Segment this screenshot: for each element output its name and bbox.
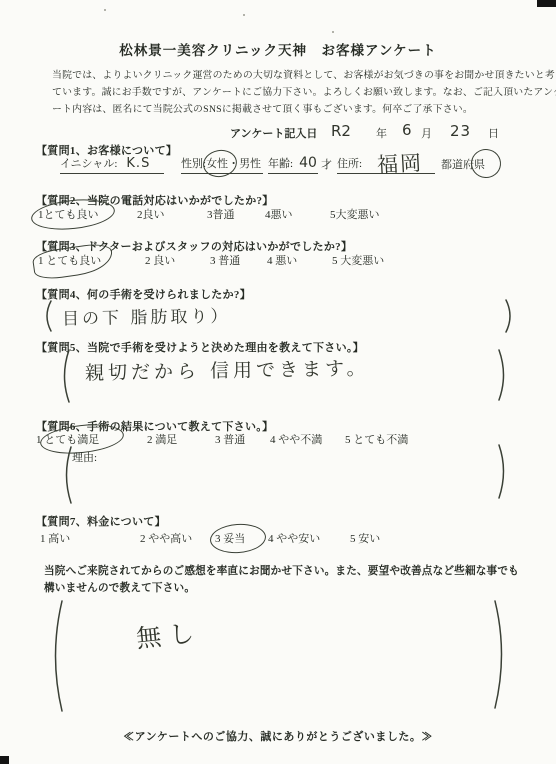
page-title: 松林景一美容クリニック天神 お客様アンケート <box>0 39 556 59</box>
date-day-unit: 日 <box>488 125 499 141</box>
q3-option-5: 5 大変悪い <box>332 252 384 268</box>
age-value-handwritten: 40 <box>299 155 317 171</box>
date-day-handwritten: 23 <box>450 122 471 140</box>
q2-options-row: 1とても良い 2良い 3普通 4悪い 5大変悪い <box>0 206 556 226</box>
q7-options-row: 1 高い 2 やや高い 3 妥当 4 やや安い 5 安い <box>0 530 556 550</box>
q3-option-4: 4 悪い <box>267 252 297 268</box>
comments-prompt-line: 構いませんので教えて下さい。 <box>44 580 519 597</box>
initial-field: イニシャル: K.S <box>60 154 164 174</box>
answer-bracket-left <box>58 348 72 404</box>
q7-option-4: 4 やや安い <box>268 530 320 546</box>
q2-option-3: 3普通 <box>207 206 235 222</box>
q7-option-2: 2 やや高い <box>140 530 192 546</box>
q5-answer-handwritten: 親切だから 信用できます。 <box>85 354 370 386</box>
intro-line: ています。誠にお手数ですが、アンケートにご協力下さい。よろしくお願い致します。な… <box>52 84 556 101</box>
q7-option-1: 1 高い <box>40 530 70 546</box>
date-year-unit: 年 <box>376 125 387 141</box>
q7-selection-circle <box>209 522 267 555</box>
q7-option-5: 5 安い <box>350 530 380 546</box>
q2-option-5: 5大変悪い <box>330 206 380 222</box>
q2-option-4: 4悪い <box>265 206 293 222</box>
intro-line: 当院では、よりよいクリニック運営のための大切な資料として、お客様がお気づきの事を… <box>52 67 556 84</box>
date-month-unit: 月 <box>421 125 432 141</box>
address-field: 住所: 福岡 <box>337 154 435 174</box>
comments-prompt-line: 当院へご来院されてからのご感想を率直にお聞かせ下さい。また、要望や改善点など些細… <box>44 563 519 580</box>
prefecture-selection-circle <box>470 148 503 180</box>
intro-line: ート内容は、匿名にて当院公式のSNSに掲載させて頂く事もございます。何卒ご了承下… <box>52 101 556 118</box>
scan-artifact-bottom-left <box>0 756 9 764</box>
address-unit-prefix: 都道府 <box>441 159 474 171</box>
q3-option-2: 2 良い <box>145 252 175 268</box>
initial-value-handwritten: K.S <box>126 156 150 171</box>
q7-header: 【質問7、料金について】 <box>36 513 166 529</box>
scan-speck <box>332 31 334 33</box>
q5-answer-box: 親切だから 信用できます。 <box>0 348 556 406</box>
comments-answer-box: 無し <box>0 598 556 716</box>
gender-option-male: 男性 <box>239 158 261 170</box>
q3-option-3: 3 普通 <box>210 252 240 268</box>
scan-artifact-top-right <box>537 0 556 7</box>
date-month-handwritten: 6 <box>402 121 412 139</box>
answer-bracket-left <box>48 598 64 714</box>
address-value-handwritten: 福岡 <box>376 147 424 179</box>
gender-field: 性別:女性・男性 <box>181 154 263 174</box>
scanned-survey-document: 松林景一美容クリニック天神 お客様アンケート 当院では、よりよいクリニック運営の… <box>0 0 556 764</box>
address-label: 住所: <box>337 158 362 170</box>
q2-option-2: 2良い <box>137 206 165 222</box>
q6-reason-box: 理由: <box>0 443 556 507</box>
answer-bracket-right <box>493 598 509 711</box>
q3-options-row: 1 とても良い 2 良い 3 普通 4 悪い 5 大変悪い <box>0 252 556 272</box>
age-label: 年齢: <box>268 158 293 170</box>
footer-thanks: ≪アンケートへのご協力、誠にありがとうございました。≫ <box>0 728 556 744</box>
q4-answer-handwritten: 目の下 脂肪取り） <box>62 302 231 330</box>
q4-answer-box: 目の下 脂肪取り） <box>0 298 556 334</box>
answer-bracket-right <box>503 298 517 334</box>
intro-paragraph: 当院では、よりよいクリニック運営のための大切な資料として、お客様がお気づきの事を… <box>52 67 556 118</box>
date-label: アンケート記入日 <box>230 125 317 141</box>
comments-prompt: 当院へご来院されてからのご感想を率直にお聞かせ下さい。また、要望や改善点など些細… <box>44 563 519 597</box>
scan-speck <box>104 9 106 11</box>
comments-answer-handwritten: 無し <box>134 613 203 656</box>
answer-bracket-right <box>496 443 510 500</box>
age-unit: 才 <box>321 156 332 172</box>
age-field: 年齢: 40 <box>268 154 318 174</box>
date-era-year-handwritten: R2 <box>331 122 351 140</box>
gender-selection-circle <box>201 147 239 179</box>
answer-bracket-right <box>496 348 510 402</box>
q1-fields-row: イニシャル: K.S 性別:女性・男性 年齢: 40 才 住所: 福岡 都道府県 <box>0 150 556 178</box>
initial-label: イニシャル: <box>60 158 117 170</box>
answer-bracket-left <box>40 299 54 333</box>
scan-speck <box>243 14 245 16</box>
q6-reason-label: 理由: <box>72 449 97 465</box>
date-line: アンケート記入日 R2 年 6 月 23 日 <box>0 122 556 144</box>
